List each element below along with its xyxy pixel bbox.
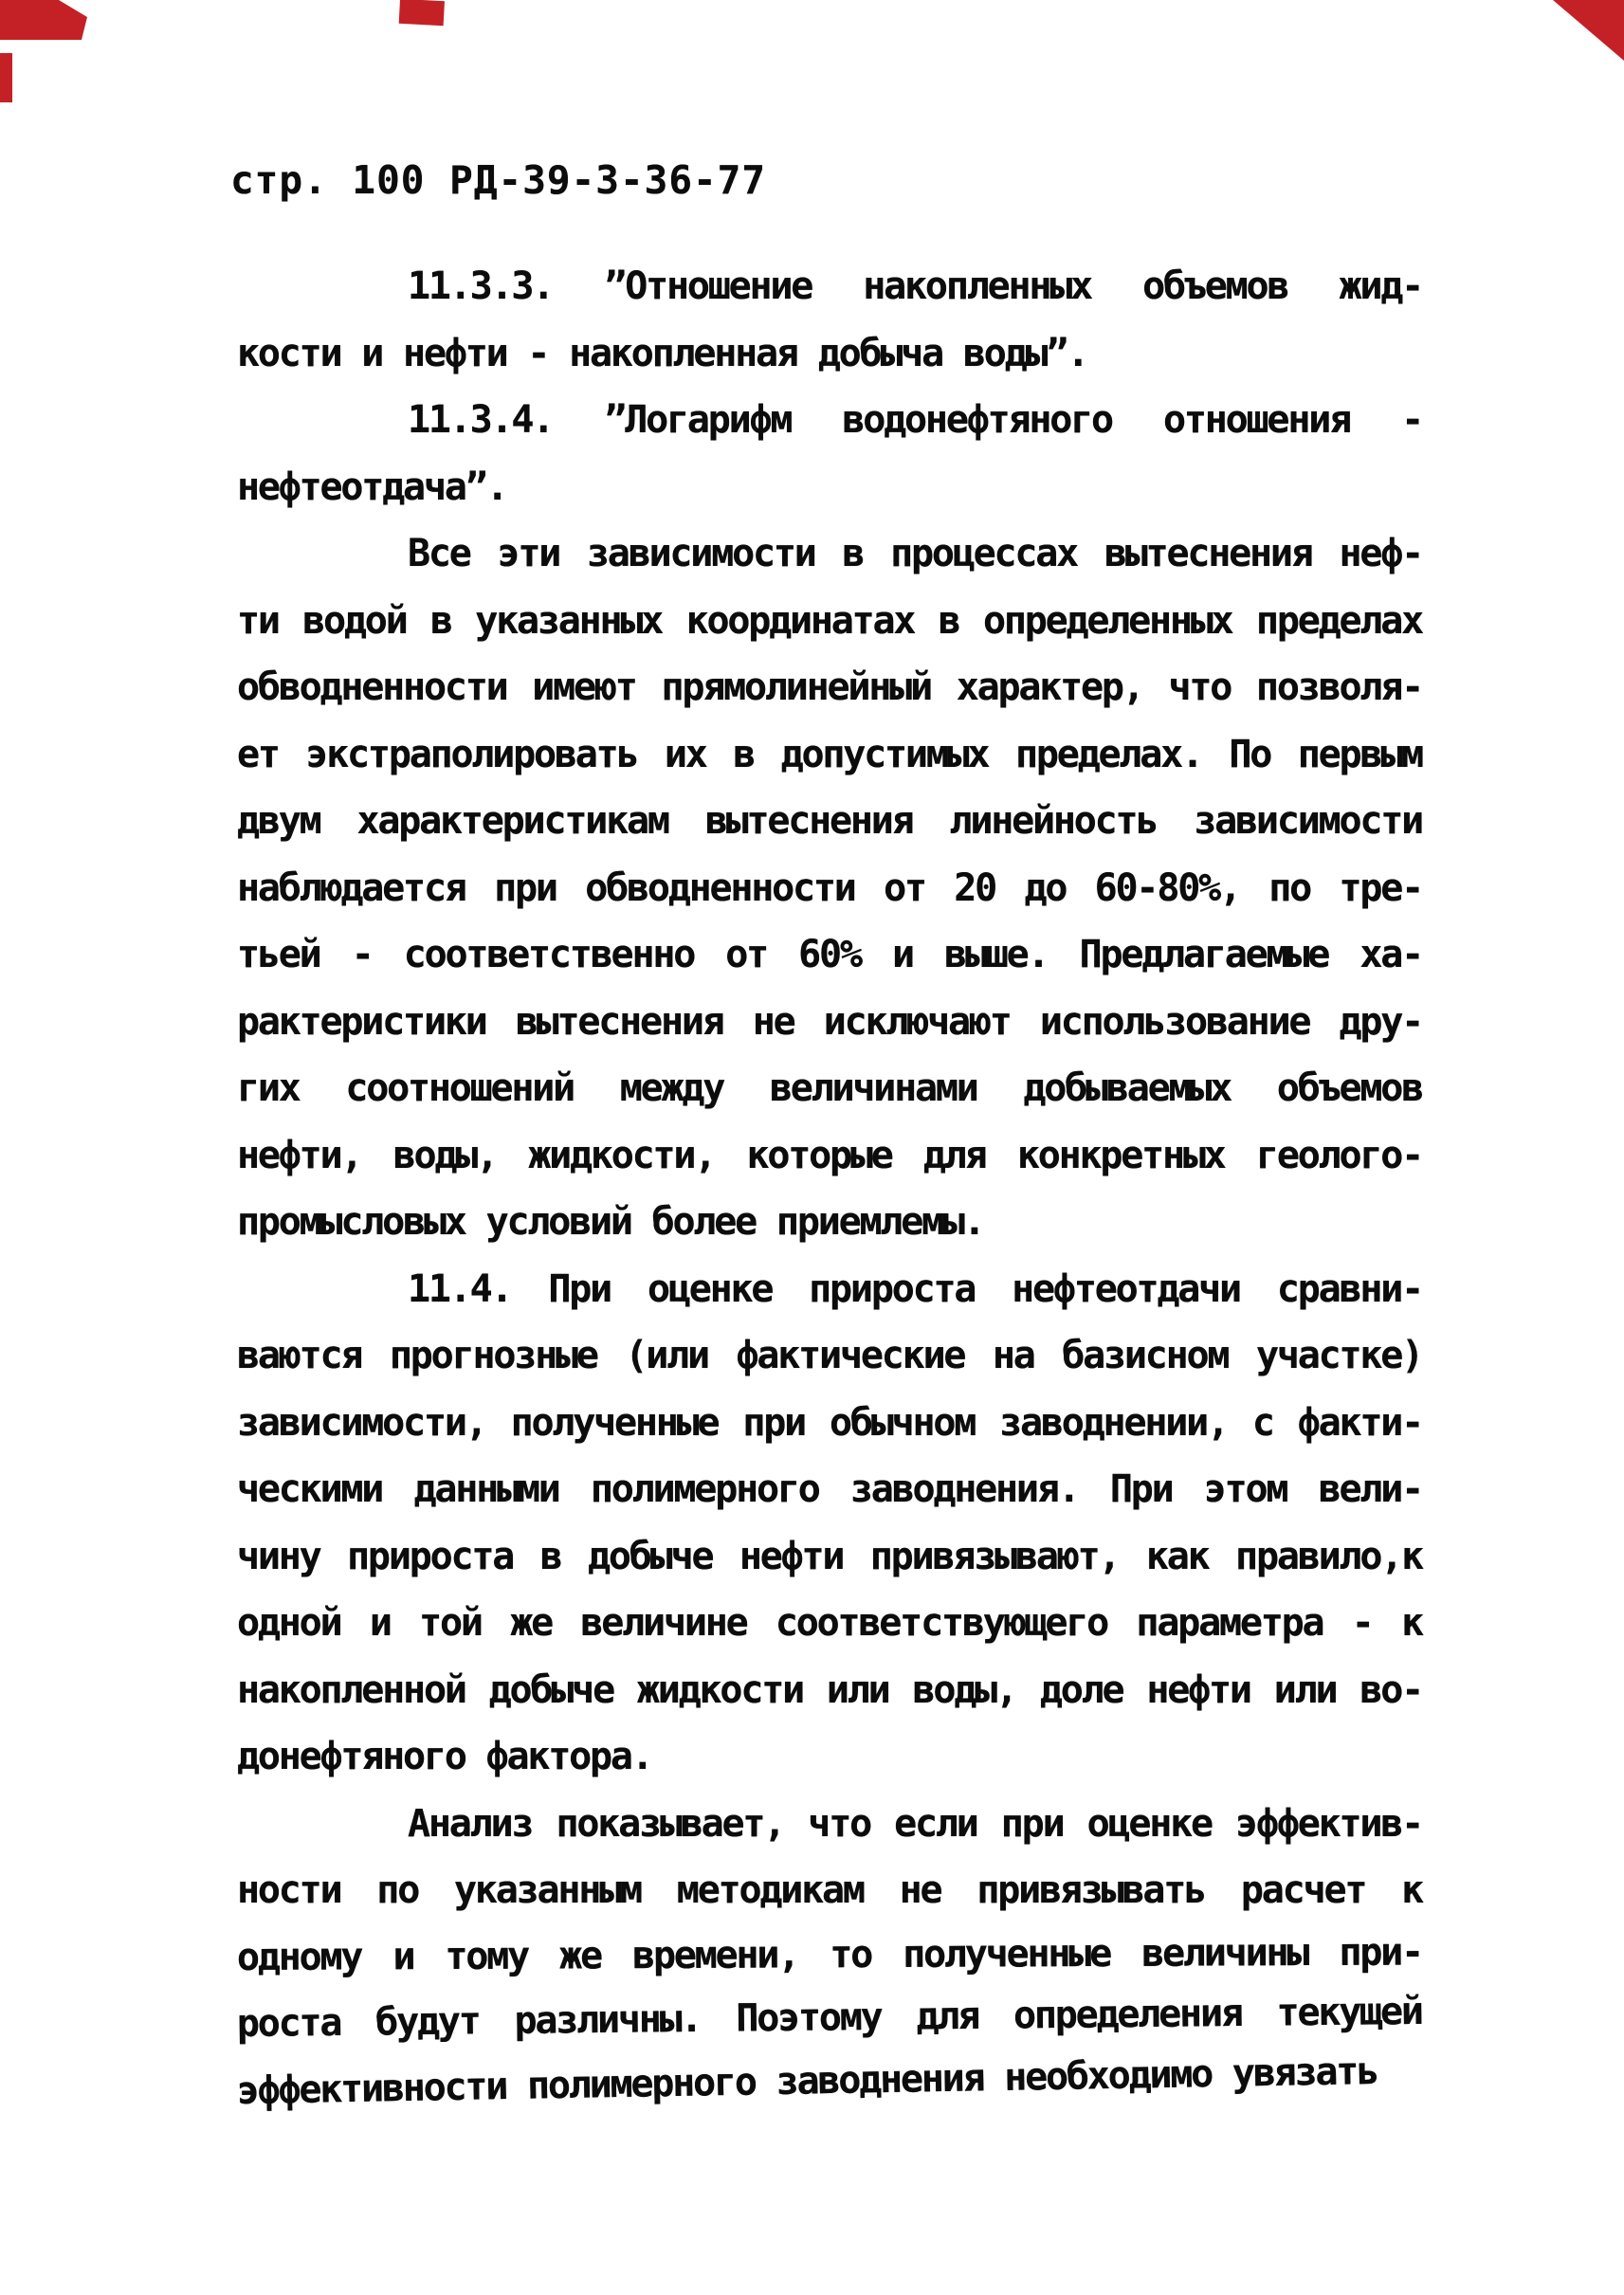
text-line: чину прироста в добыче нефти привязывают… — [237, 1523, 1422, 1591]
text-line: промысловых условий более приемлемы. — [237, 1189, 1422, 1256]
text-line: Анализ показывает, что если при оценке э… — [237, 1791, 1422, 1858]
scan-artifact-top-right — [1553, 0, 1624, 61]
document-body: 11.3.3. ”Отношение накопленных объемов ж… — [237, 253, 1422, 2124]
text-line: зависимости, полученные при обычном заво… — [237, 1390, 1422, 1457]
text-line: ческими данными полимерного заводнения. … — [237, 1456, 1422, 1523]
text-line: кости и нефти - накопленная добыча воды”… — [237, 320, 1422, 388]
text-line: 11.3.4. ”Логарифм водонефтяного отношени… — [237, 387, 1422, 454]
page-header: стр. 100 РД-39-3-36-77 — [230, 157, 766, 203]
text-line: 11.4. При оценке прироста нефтеотдачи ср… — [237, 1256, 1422, 1323]
text-line: двум характеристикам вытеснения линейнос… — [237, 788, 1422, 855]
text-line: нефти, воды, жидкости, которые для конкр… — [237, 1122, 1422, 1190]
text-line: 11.3.3. ”Отношение накопленных объемов ж… — [237, 253, 1422, 320]
text-line: ти водой в указанных координатах в опред… — [237, 588, 1422, 655]
text-line: нефтеотдача”. — [237, 454, 1422, 521]
text-line: одной и той же величине соответствующего… — [237, 1590, 1422, 1657]
scanned-document-page: стр. 100 РД-39-3-36-77 11.3.3. ”Отношени… — [0, 0, 1624, 2295]
text-line: гих соотношений между величинами добывае… — [237, 1055, 1422, 1122]
text-line: ет экстраполировать их в допустимых пред… — [237, 721, 1422, 789]
text-line: наблюдается при обводненности от 20 до 6… — [237, 855, 1422, 922]
text-line: накопленной добыче жидкости или воды, до… — [237, 1657, 1422, 1724]
text-line: ности по указанным методикам не привязыв… — [237, 1857, 1422, 1924]
text-line: рактеристики вытеснения не исключают исп… — [237, 989, 1422, 1056]
scan-artifact-left-edge — [0, 53, 12, 102]
scan-artifact-top-middle — [399, 0, 445, 26]
text-line: обводненности имеют прямолинейный характ… — [237, 654, 1422, 721]
text-line: донефтяного фактора. — [237, 1723, 1422, 1791]
text-line: Все эти зависимости в процессах вытеснен… — [237, 520, 1422, 588]
text-line: тьей - соответственно от 60% и выше. Пре… — [237, 921, 1422, 989]
scan-artifact-top-left — [0, 0, 87, 40]
text-line: ваются прогнозные (или фактические на ба… — [237, 1322, 1422, 1390]
